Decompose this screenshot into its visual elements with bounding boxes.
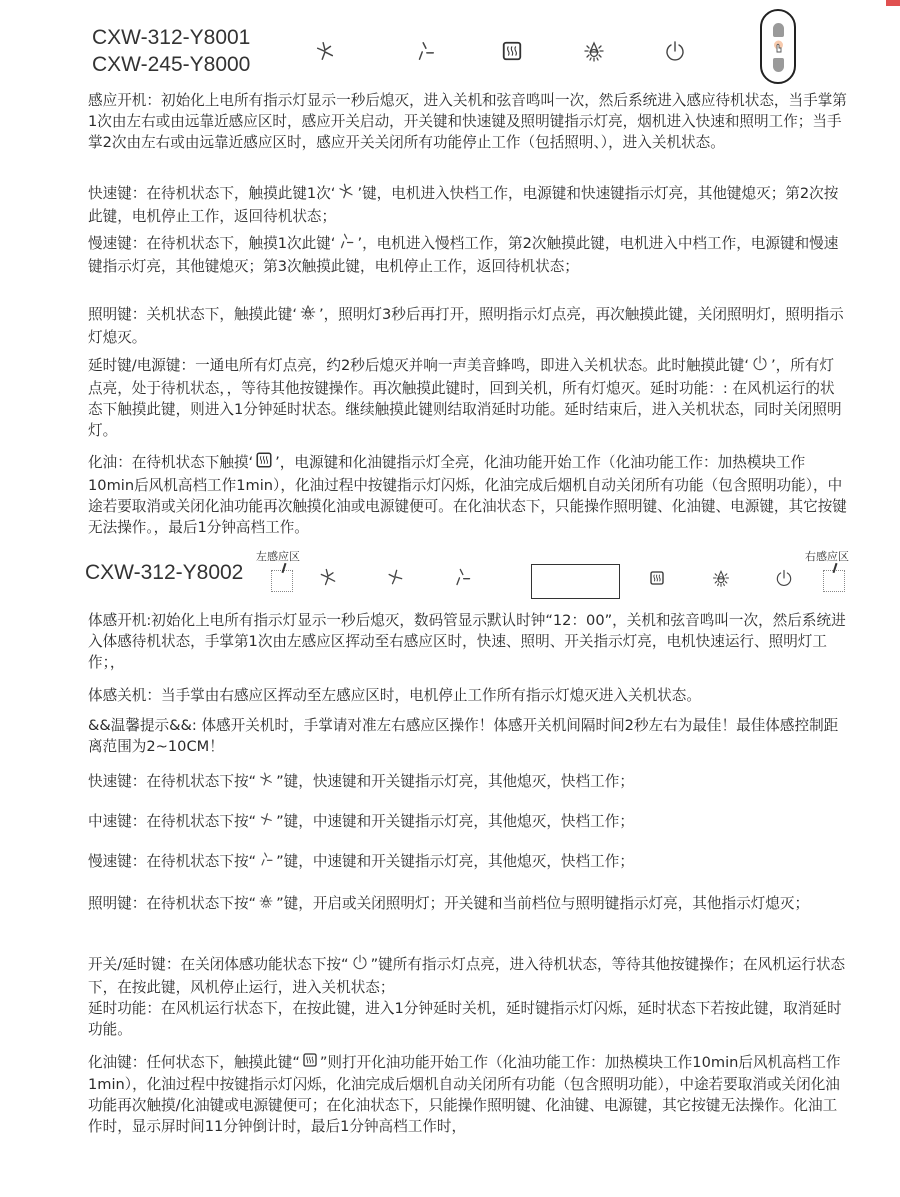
oil-heat-icon: [501, 40, 523, 62]
oil-heat-icon: [649, 570, 665, 586]
medium-fan-icon: [258, 811, 274, 833]
text-fragment: 照明键：在待机状态下按“: [88, 895, 256, 912]
paragraph-light-key: 照明键：关机状态下，触摸此键‘’，照明灯3秒后再打开，照明指示灯点亮，再次触摸此…: [88, 303, 848, 348]
text-fragment: 中速键：在待机状态下按“: [88, 813, 256, 830]
slow-fan-icon: [337, 232, 355, 256]
paragraph-medium-key: 中速键：在待机状态下按“”键，中速键和开关键指示灯亮，其他熄灭，快档工作；: [88, 811, 848, 833]
oil-heat-icon: [302, 1052, 318, 1074]
text-fragment: 慢速键：在待机状态下，触摸1次此键‘: [88, 235, 335, 252]
text-fragment: 延时功能：在风机运行状态下，在按此键，进入1分钟延时关机，延时键指示灯闪烁，延时…: [88, 1000, 842, 1038]
fast-fan-icon: [314, 40, 336, 62]
sensor-bottom-pad: [773, 58, 784, 72]
slow-fan-icon: [258, 851, 274, 873]
power-icon: [351, 953, 369, 977]
paragraph-slow-key: 慢速键：在待机状态下，触摸1次此键‘’，电机进入慢档工作，第2次触摸此键，电机进…: [88, 232, 848, 277]
left-sense-zone-icon: [271, 570, 293, 592]
light-icon: [299, 303, 317, 327]
text-fragment: 化油：在待机状态下触摸‘: [88, 454, 253, 471]
text-fragment: 开关/延时键：在关闭体感功能状态下按“: [88, 956, 349, 973]
paragraph-motion-off: 体感关机：当手掌由右感应区挥动至左感应区时，电机停止工作所有指示灯熄灭进入关机状…: [88, 685, 848, 706]
text-fragment: 照明键：关机状态下，触摸此键‘: [88, 306, 297, 323]
paragraph-power-key-2: 开关/延时键：在关闭体感功能状态下按“”键所有指示灯点亮，进入待机状态，等待其他…: [88, 953, 848, 1040]
paragraph-fast-key-2: 快速键：在待机状态下按“”键，快速键和开关键指示灯亮，其他熄灭，快档工作；: [88, 771, 848, 793]
power-icon: [774, 568, 794, 588]
fast-fan-icon: [337, 182, 355, 206]
paragraph-oil-clean: 化油：在待机状态下触摸‘’，电源键和化油键指示灯全亮，化油功能开始工作（化油功能…: [88, 451, 848, 538]
power-icon: [751, 354, 769, 378]
text-fragment: ”键，中速键和开关键指示灯亮，其他熄灭，快档工作；: [276, 853, 634, 870]
light-icon: [258, 893, 274, 915]
text-fragment: ”键，中速键和开关键指示灯亮，其他熄灭，快档工作；: [276, 813, 634, 830]
fast-fan-icon: [318, 567, 338, 587]
touch-sensor-icon: [760, 9, 796, 84]
text-fragment: 快速键：在待机状态下按“: [88, 773, 256, 790]
paragraph-power-key: 延时键/电源键：一通电所有灯点亮，约2秒后熄灭并响一声美音蜂鸣，即进入关机状态。…: [88, 354, 848, 441]
paragraph-fast-key: 快速键：在待机状态下，触摸此键1次‘’键，电机进入快档工作，电源键和快速键指示灯…: [88, 182, 848, 227]
left-sense-zone-label: 左感应区: [256, 551, 300, 563]
model-name-2: CXW-245-Y8000: [92, 51, 250, 78]
light-icon: [711, 568, 731, 588]
right-sense-zone-icon: [823, 570, 845, 592]
light-icon: [582, 39, 606, 63]
digital-display: [531, 564, 620, 599]
power-icon: [663, 39, 687, 63]
model-name-3: CXW-312-Y8002: [85, 559, 243, 586]
sensor-top-pad: [773, 23, 784, 37]
text-fragment: 延时键/电源键：一通电所有灯点亮，约2秒后熄灭并响一声美音蜂鸣，即进入关机状态。…: [88, 357, 749, 374]
paragraph-motion-on: 体感开机:初始化上电所有指示灯显示一秒后熄灭，数码管显示默认时钟“12：00”，…: [88, 610, 848, 673]
paragraph-sensor-on: 感应开机：初始化上电所有指示灯显示一秒后熄灭，进入关机和弦音鸣叫一次，然后系统进…: [88, 90, 848, 153]
hand-icon: [772, 39, 785, 53]
paragraph-light-key-2: 照明键：在待机状态下按“”键，开启或关闭照明灯；开关键和当前档位与照明键指示灯亮…: [88, 893, 848, 915]
oil-heat-icon: [255, 451, 273, 475]
paragraph-slow-key-2: 慢速键：在待机状态下按“”键，中速键和开关键指示灯亮，其他熄灭，快档工作；: [88, 851, 848, 873]
model-name-1: CXW-312-Y8001: [92, 24, 250, 51]
fast-fan-icon: [258, 771, 274, 793]
text-fragment: ”键，开启或关闭照明灯；开关键和当前档位与照明键指示灯亮，其他指示灯熄灭；: [276, 895, 809, 912]
medium-fan-icon: [385, 567, 405, 587]
text-fragment: ”键，快速键和开关键指示灯亮，其他熄灭，快档工作；: [276, 773, 634, 790]
paragraph-tip: &&温馨提示&&: 体感开关机时，手掌请对准左右感应区操作！体感开关机间隔时间2…: [88, 715, 848, 757]
slow-fan-icon: [452, 567, 472, 587]
right-sense-zone-label: 右感应区: [805, 551, 849, 563]
slow-fan-icon: [414, 40, 436, 62]
text-fragment: 快速键：在待机状态下，触摸此键1次‘: [88, 185, 335, 202]
text-fragment: 慢速键：在待机状态下按“: [88, 853, 256, 870]
corner-marker: [886, 0, 900, 6]
text-fragment: 化油键：任何状态下，触摸此键“: [88, 1054, 300, 1071]
paragraph-oil-key-2: 化油键：任何状态下，触摸此键“”则打开化油功能开始工作（化油功能工作：加热模块工…: [88, 1052, 848, 1137]
